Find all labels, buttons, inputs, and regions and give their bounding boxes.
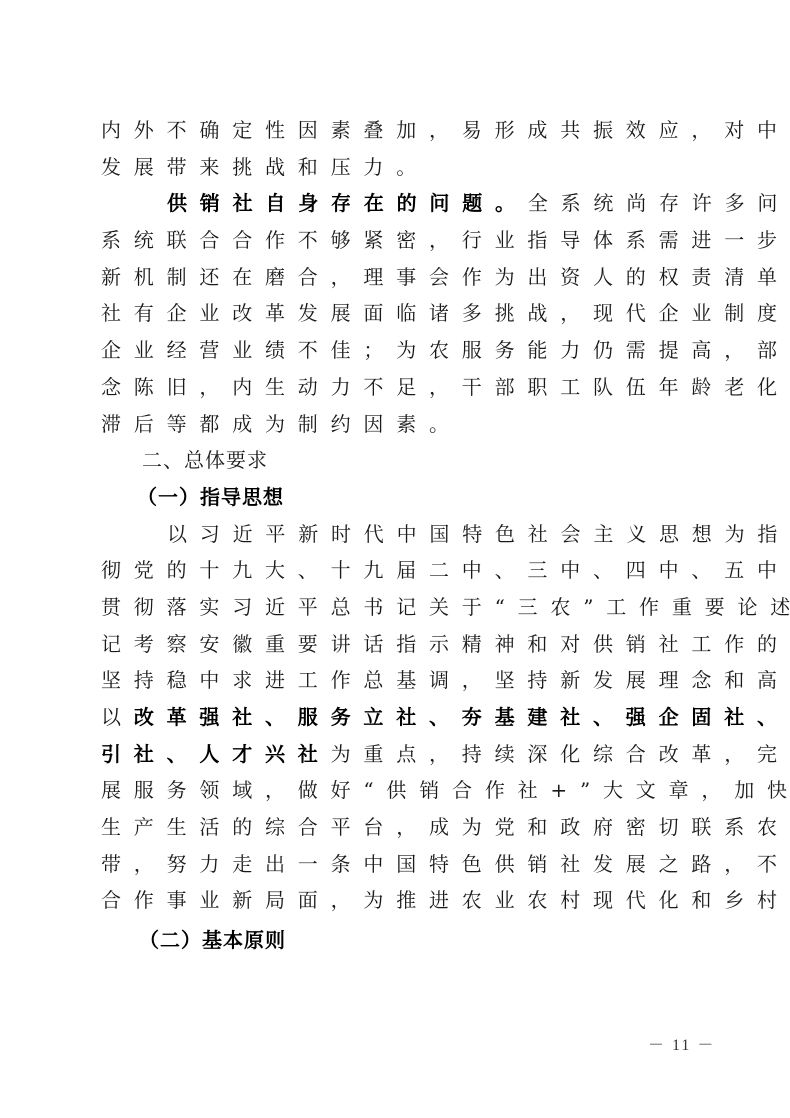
- text-line: 以习近平新时代中国特色社会主义思想为指导，深入学习贯: [101, 516, 701, 553]
- text-line: 供销社自身存在的问题。全系统尚存许多问题亟待突破。如: [101, 185, 701, 222]
- paragraph-lead-bold: 供销社自身存在的问题。: [167, 191, 528, 215]
- text-line: 带，努力走出一条中国特色供销社发展之路，不断开创我省供销: [101, 846, 701, 883]
- text-line: 引社、人才兴社为重点，持续深化综合改革，完善体制机制，拓: [101, 736, 701, 773]
- text-span: 全系统尚存许多问题亟待突破。如: [528, 191, 790, 215]
- text-line: 发展带来挑战和压力。: [101, 149, 701, 186]
- text-line: 以改革强社、服务立社、夯基建社、强企固社、文化筑社、党建: [101, 699, 701, 736]
- text-line: 新机制还在磨合，理事会作为出资人的权责清单需进一步厘清；: [101, 259, 701, 296]
- text-span: 为重点，持续深化综合改革，完善体制机制，拓: [331, 742, 790, 766]
- emphasis-bold: 改革强社、服务立社、夯基建社、强企固社、文化筑社、党建: [134, 705, 790, 729]
- text-line: 坚持稳中求进工作总基调，坚持新发展理念和高质量发展要求，: [101, 662, 701, 699]
- text-line: 展服务领域，做好“供销合作社+”大文章，加快成为服务农民: [101, 772, 701, 809]
- text-line: 社有企业改革发展面临诸多挑战，现代企业制度不够健全，部分: [101, 295, 701, 332]
- text-line: 企业经营业绩不佳；为农服务能力仍需提高，部分供销社思想观: [101, 332, 701, 369]
- document-body: 内外不确定性因素叠加，易形成共振效应，对中国经济持续稳定 发展带来挑战和压力。 …: [101, 112, 701, 959]
- emphasis-bold: 引社、人才兴社: [101, 742, 331, 766]
- text-line: 念陈旧，内生动力不足，干部职工队伍年龄老化，人才培养机制: [101, 369, 701, 406]
- paragraph-external-uncertainty: 内外不确定性因素叠加，易形成共振效应，对中国经济持续稳定 发展带来挑战和压力。: [101, 112, 701, 185]
- document-page: 内外不确定性因素叠加，易形成共振效应，对中国经济持续稳定 发展带来挑战和压力。 …: [0, 0, 790, 1118]
- subsection-heading: （一）指导思想: [101, 479, 701, 516]
- subsection-heading: （二）基本原则: [101, 922, 701, 959]
- page-number: － 11 －: [648, 1032, 715, 1055]
- text-line: 滞后等都成为制约因素。: [101, 406, 701, 443]
- text-line: 彻党的十九大、十九届二中、三中、四中、五中全会精神，认真: [101, 552, 701, 589]
- text-span: 以: [101, 705, 134, 729]
- text-line: 生产生活的综合平台，成为党和政府密切联系农民群众的桥梁纽: [101, 809, 701, 846]
- section-heading: 二、总体要求: [101, 442, 701, 479]
- paragraph-guiding-thought: 以习近平新时代中国特色社会主义思想为指导，深入学习贯 彻党的十九大、十九届二中、…: [101, 516, 701, 920]
- text-line: 记考察安徽重要讲话指示精神和对供销社工作的重要指示批示，: [101, 626, 701, 663]
- text-line: 合作事业新局面，为推进农业农村现代化和乡村振兴贡献力量。: [101, 882, 701, 919]
- text-line: 贯彻落实习近平总书记关于“三农”工作重要论述、习近平总书: [101, 589, 701, 626]
- text-line: 内外不确定性因素叠加，易形成共振效应，对中国经济持续稳定: [101, 112, 701, 149]
- paragraph-internal-problems: 供销社自身存在的问题。全系统尚存许多问题亟待突破。如 系统联合合作不够紧密，行业…: [101, 185, 701, 442]
- text-line: 系统联合合作不够紧密，行业指导体系需进一步明确；社企分开: [101, 222, 701, 259]
